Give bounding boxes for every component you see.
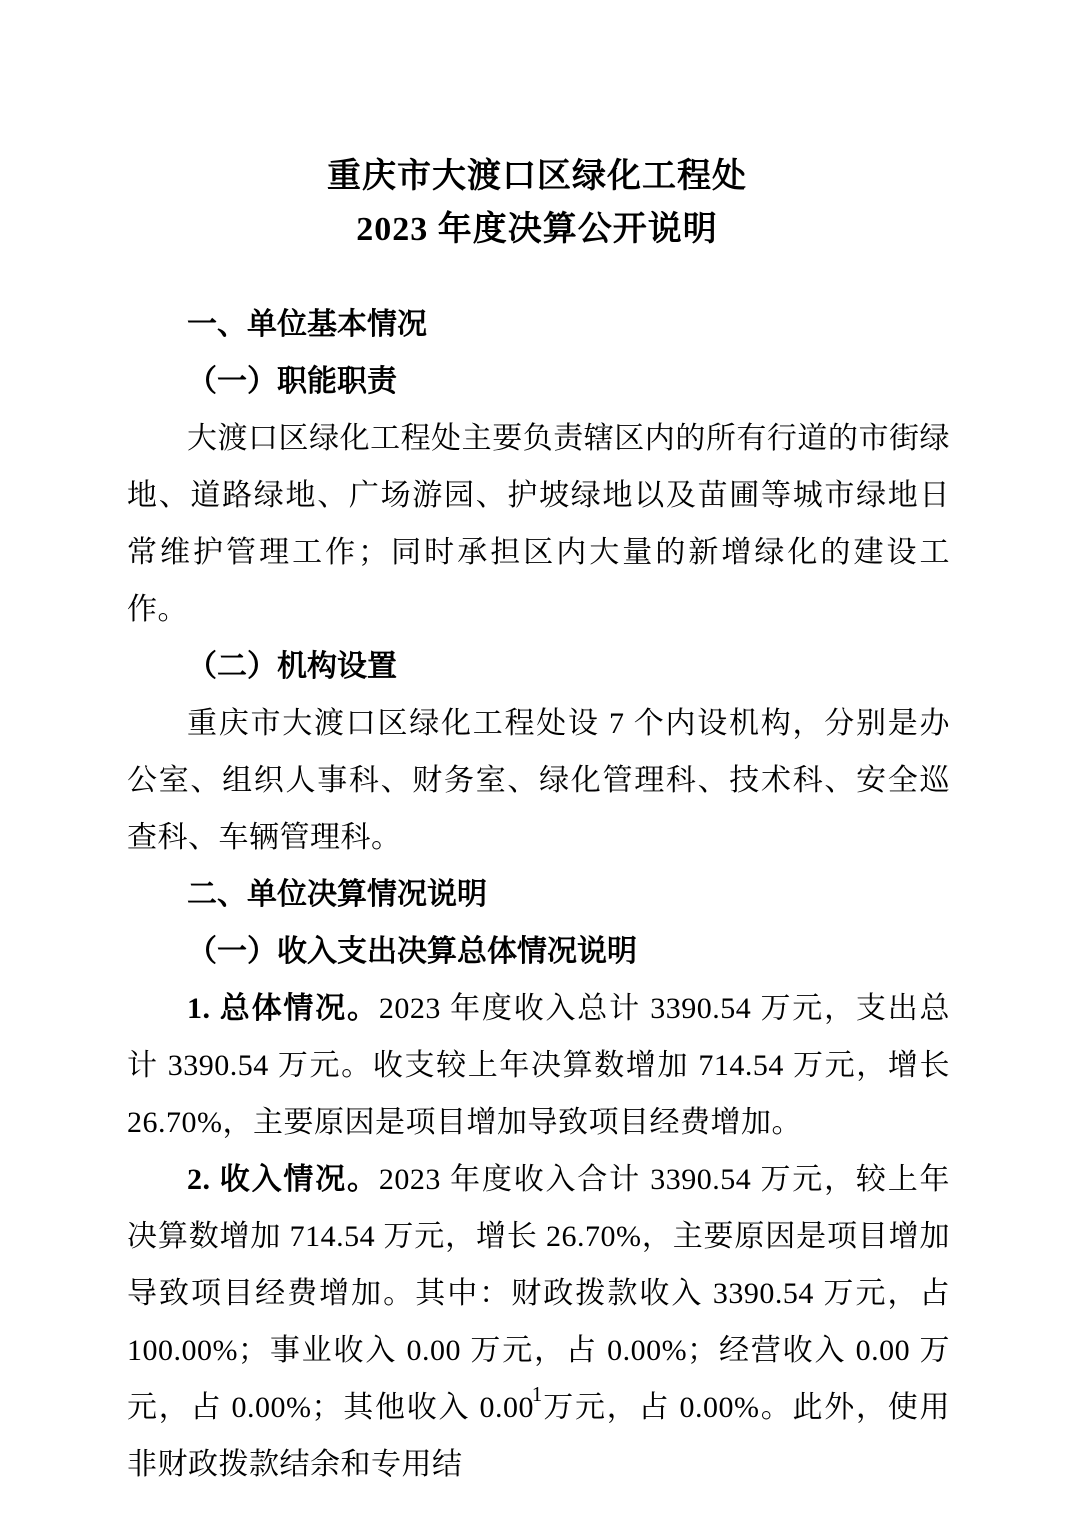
document-page: 重庆市大渡口区绿化工程处 2023 年度决算公开说明 一、单位基本情况 （一）职… — [0, 0, 1074, 1520]
paragraph-overall-lead: 1. 总体情况。 — [187, 992, 379, 1025]
document-title-line2: 2023 年度决算公开说明 — [0, 203, 1074, 256]
paragraph-org-structure: 重庆市大渡口区绿化工程处设 7 个内设机构，分别是办公室、组织人事科、财务室、绿… — [127, 695, 950, 866]
paragraph-duties: 大渡口区绿化工程处主要负责辖区内的所有行道的市街绿地、道路绿地、广场游园、护坡绿… — [127, 410, 950, 638]
paragraph-overall-situation: 1. 总体情况。2023 年度收入总计 3390.54 万元，支出总计 3390… — [127, 980, 950, 1151]
heading-unit-basic-info: 一、单位基本情况 — [127, 296, 950, 353]
heading-duties: （一）职能职责 — [127, 353, 950, 410]
document-title-line1: 重庆市大渡口区绿化工程处 — [0, 150, 1074, 203]
document-title: 重庆市大渡口区绿化工程处 2023 年度决算公开说明 — [0, 0, 1074, 256]
heading-income-expenditure-overview: （一）收入支出决算总体情况说明 — [127, 923, 950, 980]
paragraph-income-situation: 2. 收入情况。2023 年度收入合计 3390.54 万元，较上年决算数增加 … — [127, 1151, 950, 1493]
heading-final-accounts-explanation: 二、单位决算情况说明 — [127, 866, 950, 923]
document-body: 一、单位基本情况 （一）职能职责 大渡口区绿化工程处主要负责辖区内的所有行道的市… — [127, 296, 950, 1493]
page-number: 1 — [0, 1382, 1074, 1406]
heading-org-structure: （二）机构设置 — [127, 638, 950, 695]
paragraph-income-text: 2023 年度收入合计 3390.54 万元，较上年决算数增加 714.54 万… — [127, 1163, 950, 1481]
paragraph-income-lead: 2. 收入情况。 — [187, 1163, 379, 1196]
